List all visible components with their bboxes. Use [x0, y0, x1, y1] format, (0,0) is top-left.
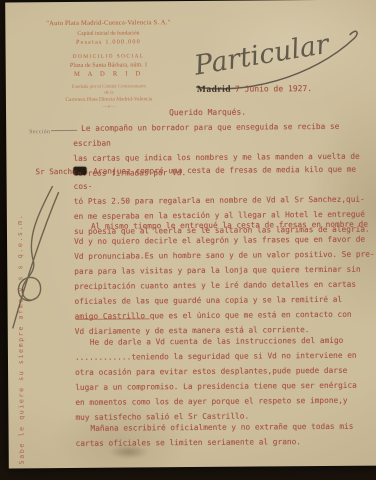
- faded-stamp-smudge: [110, 445, 148, 458]
- pencil-margin-note: Sección: [29, 129, 77, 135]
- letterhead-ornament: —o—: [29, 104, 189, 110]
- dateline-city: Madrid: [197, 85, 231, 95]
- handwritten-signature-flourish: [7, 178, 70, 340]
- ink-blot-over-word: En: [73, 167, 86, 175]
- particular-text: Particular: [191, 28, 333, 81]
- capital-amount: Pesetas 1.000.000: [28, 38, 188, 46]
- signature-loop: [18, 186, 54, 301]
- salutation: Querido Marqués.: [169, 105, 246, 121]
- company-address: Plaza de Santa Bárbara, núm. 1: [29, 61, 189, 69]
- photographed-letter: "Auto Plata Madrid-Cuenca-Valencia S. A.…: [0, 0, 376, 480]
- paragraph-4: He de darle a Vd cuenta de las instrucci…: [75, 333, 376, 425]
- company-name: "Auto Plata Madrid-Cuenca-Valencia S. A.…: [28, 19, 188, 27]
- founded-line: Carretera Plata Directa Madrid-Valencia: [29, 96, 189, 103]
- capital-label: Capital inicial de fundación: [28, 30, 188, 37]
- dateline-date: 7 Junio de 1927.: [235, 84, 312, 94]
- dateline: Madrid7 Junio de 1927.: [197, 76, 312, 97]
- paragraph-3: Al mismo tiempo le entregué la cesta de …: [74, 217, 376, 339]
- letterhead: "Auto Plata Madrid-Cuenca-Valencia S. A.…: [28, 19, 189, 110]
- signature-stroke: [12, 192, 60, 328]
- pencil-margin-note-text: Sección: [29, 129, 50, 135]
- domicilio-label: DOMICILIO SOCIAL: [29, 53, 189, 60]
- company-city: M A D R I D: [29, 70, 189, 78]
- letter-paper: "Auto Plata Madrid-Cuenca-Valencia S. A.…: [5, 0, 376, 468]
